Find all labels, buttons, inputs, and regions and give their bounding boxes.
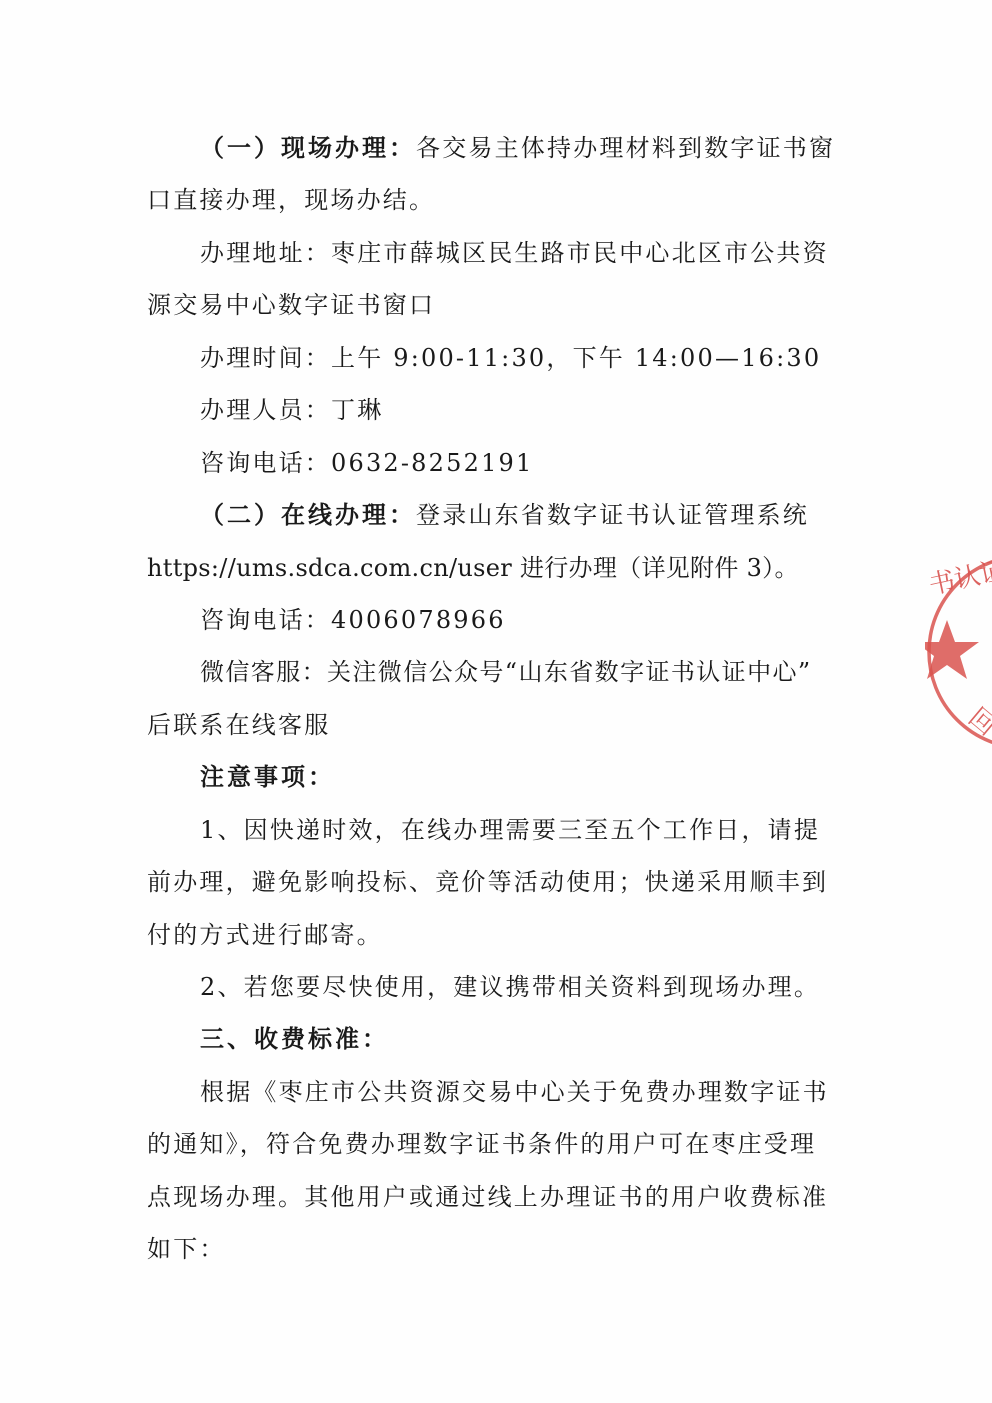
onsite-address-continuation: 源交易中心数字证书窗口 <box>147 279 841 331</box>
official-seal-stamp: 书认证 回 <box>925 552 992 752</box>
fees-heading: 三、收费标准： <box>147 1013 841 1065</box>
document-page: （一）现场办理：各交易主体持办理材料到数字证书窗 口直接办理，现场办结。 办理地… <box>0 0 992 1403</box>
seal-top-text: 书认证 <box>926 555 992 601</box>
onsite-heading: （一）现场办理： <box>200 133 416 162</box>
onsite-phone: 咨询电话：0632-8252191 <box>147 437 841 489</box>
document-body: （一）现场办理：各交易主体持办理材料到数字证书窗 口直接办理，现场办结。 办理地… <box>147 122 841 1276</box>
notes-item-1: 1、因快递时效，在线办理需要三至五个工作日，请提 <box>147 804 841 856</box>
notes-heading: 注意事项： <box>147 751 841 803</box>
online-heading: （二）在线办理： <box>200 500 416 529</box>
onsite-intro-line: （一）现场办理：各交易主体持办理材料到数字证书窗 <box>147 122 841 174</box>
fees-paragraph-line-2: 的通知》，符合免费办理数字证书条件的用户可在枣庄受理 <box>147 1118 841 1170</box>
online-intro-text: 登录山东省数字证书认证管理系统 <box>416 501 809 529</box>
notes-item-1-end: 付的方式进行邮寄。 <box>147 909 841 961</box>
online-wechat-continuation: 后联系在线客服 <box>147 699 841 751</box>
fees-paragraph-line-4: 如下： <box>147 1223 841 1275</box>
onsite-intro-text: 各交易主体持办理材料到数字证书窗 <box>416 134 835 162</box>
notes-item-2: 2、若您要尽快使用，建议携带相关资料到现场办理。 <box>147 961 841 1013</box>
online-intro-line: （二）在线办理：登录山东省数字证书认证管理系统 <box>147 489 841 541</box>
online-url-line: https://ums.sdca.com.cn/user 进行办理（详见附件 3… <box>147 542 841 594</box>
seal-bottom-text: 回 <box>963 702 992 742</box>
fees-paragraph-line-3: 点现场办理。其他用户或通过线上办理证书的用户收费标准 <box>147 1171 841 1223</box>
onsite-hours: 办理时间：上午 9:00-11:30，下午 14:00—16:30 <box>147 332 841 384</box>
fees-paragraph-line-1: 根据《枣庄市公共资源交易中心关于免费办理数字证书 <box>147 1066 841 1118</box>
online-phone: 咨询电话：4006078966 <box>147 594 841 646</box>
online-wechat: 微信客服：关注微信公众号“山东省数字证书认证中心” <box>147 646 841 698</box>
onsite-intro-continuation: 口直接办理，现场办结。 <box>147 174 841 226</box>
notes-item-1-continuation: 前办理，避免影响投标、竞价等活动使用；快递采用顺丰到 <box>147 856 841 908</box>
onsite-staff: 办理人员：丁琳 <box>147 384 841 436</box>
onsite-address: 办理地址：枣庄市薛城区民生路市民中心北区市公共资 <box>147 227 841 279</box>
